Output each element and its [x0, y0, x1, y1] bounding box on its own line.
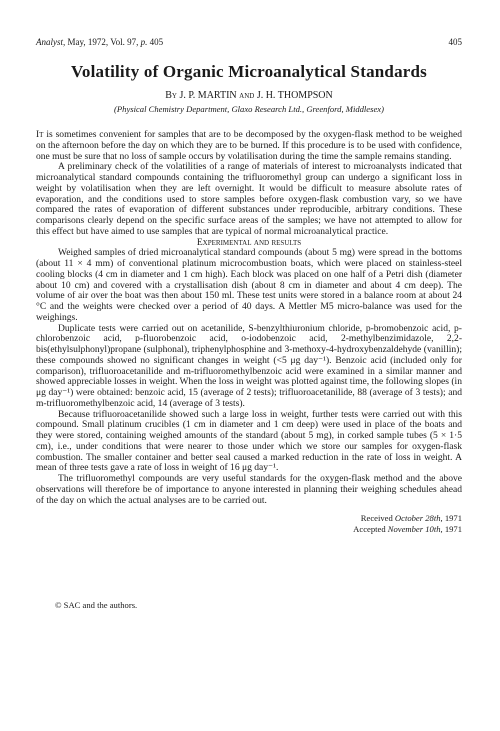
journal-name: Analyst: [36, 37, 63, 47]
author-2: J. H. THOMPSON: [257, 90, 333, 101]
received-line: Received October 28th, 1971: [36, 513, 462, 524]
journal-citation: Analyst, May, 1972, Vol. 97, p. 405: [36, 36, 163, 48]
page-number: 405: [449, 36, 463, 48]
by-label: By: [165, 90, 177, 101]
received-label: Received: [361, 513, 395, 523]
received-year: , 1971: [441, 513, 462, 523]
article-title: Volatility of Organic Microanalytical St…: [36, 62, 462, 82]
accepted-date: November 10th: [388, 524, 441, 534]
paragraph-conclusion: The trifluoromethyl compounds are very u…: [36, 474, 462, 506]
paragraph-preliminary: A preliminary check of the volatilities …: [36, 162, 462, 237]
affiliation: (Physical Chemistry Department, Glaxo Re…: [36, 104, 462, 115]
received-dates: Received October 28th, 1971 Accepted Nov…: [36, 513, 462, 534]
author-line: By J. P. MARTIN and J. H. THOMPSON: [36, 90, 462, 102]
copyright-notice: © SAC and the authors.: [55, 600, 137, 611]
paragraph-further-tests: Because trifluoroacetanilide showed such…: [36, 410, 462, 475]
article-body: It is sometimes convenient for samples t…: [36, 130, 462, 534]
accepted-line: Accepted November 10th, 1971: [36, 524, 462, 535]
citation-page: 405: [147, 37, 163, 47]
accepted-year: , 1971: [441, 524, 462, 534]
and-label: and: [239, 90, 254, 101]
paragraph-intro: It is sometimes convenient for samples t…: [36, 130, 462, 162]
paragraph-method: Weighed samples of dried microanalytical…: [36, 248, 462, 323]
received-date: October 28th: [395, 513, 441, 523]
paragraph-results: Duplicate tests were carried out on acet…: [36, 324, 462, 410]
author-1: J. P. MARTIN: [179, 90, 236, 101]
paragraph-intro-text: is sometimes convenient for samples that…: [36, 129, 462, 162]
running-head: Analyst, May, 1972, Vol. 97, p. 405 405: [36, 36, 462, 48]
accepted-label: Accepted: [353, 524, 388, 534]
citation-details: , May, 1972, Vol. 97,: [63, 37, 141, 47]
